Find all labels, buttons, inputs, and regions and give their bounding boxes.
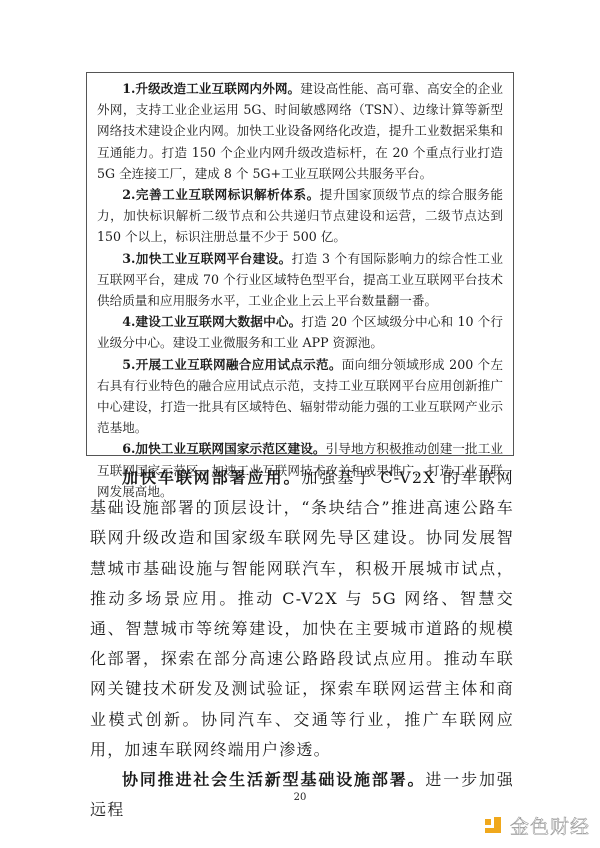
body-paragraph: 加快车联网部署应用。加强基于 C-V2X 的车联网基础设施部署的顶层设计，“条块… — [90, 463, 514, 765]
watermark: 金色财经 — [485, 812, 590, 839]
box-item: 5.开展工业互联网融合应用试点示范。面向细分领域形成 200 个左右具有行业特色… — [97, 354, 503, 439]
page-number: 20 — [0, 792, 600, 803]
box-item: 1.升级改造工业互联网内外网。建设高性能、高可靠、高安全的企业外网，支持工业企业… — [97, 78, 503, 184]
highlight-box: 1.升级改造工业互联网内外网。建设高性能、高可靠、高安全的企业外网，支持工业企业… — [86, 72, 514, 456]
paragraph-text: 加强基于 C-V2X 的车联网基础设施部署的顶层设计，“条块结合”推进高速公路车… — [90, 468, 514, 759]
paragraph-title: 协同推进社会生活新型基础设施部署。 — [122, 770, 425, 789]
paragraph-title: 加快车联网部署应用。 — [122, 468, 301, 487]
box-item-title: 2.完善工业互联网标识解析体系。 — [122, 187, 320, 202]
box-item-title: 1.升级改造工业互联网内外网。 — [122, 81, 300, 96]
box-item-title: 3.加快工业互联网平台建设。 — [122, 251, 291, 266]
box-item-title: 4.建设工业互联网大数据中心。 — [122, 314, 301, 329]
watermark-text: 金色财经 — [510, 812, 590, 839]
box-item: 2.完善工业互联网标识解析体系。提升国家顶级节点的综合服务能力，加快标识解析二级… — [97, 184, 503, 248]
body-text: 加快车联网部署应用。加强基于 C-V2X 的车联网基础设施部署的顶层设计，“条块… — [90, 463, 514, 825]
box-item: 4.建设工业互联网大数据中心。打造 20 个区域级分中心和 10 个行业级分中心… — [97, 311, 503, 353]
jinse-logo-icon — [485, 817, 505, 835]
box-item-title: 5.开展工业互联网融合应用试点示范。 — [122, 357, 342, 372]
box-item: 3.加快工业互联网平台建设。打造 3 个有国际影响力的综合性工业互联网平台，建成… — [97, 248, 503, 312]
box-item-title: 6.加快工业互联网国家示范区建设。 — [122, 441, 325, 456]
